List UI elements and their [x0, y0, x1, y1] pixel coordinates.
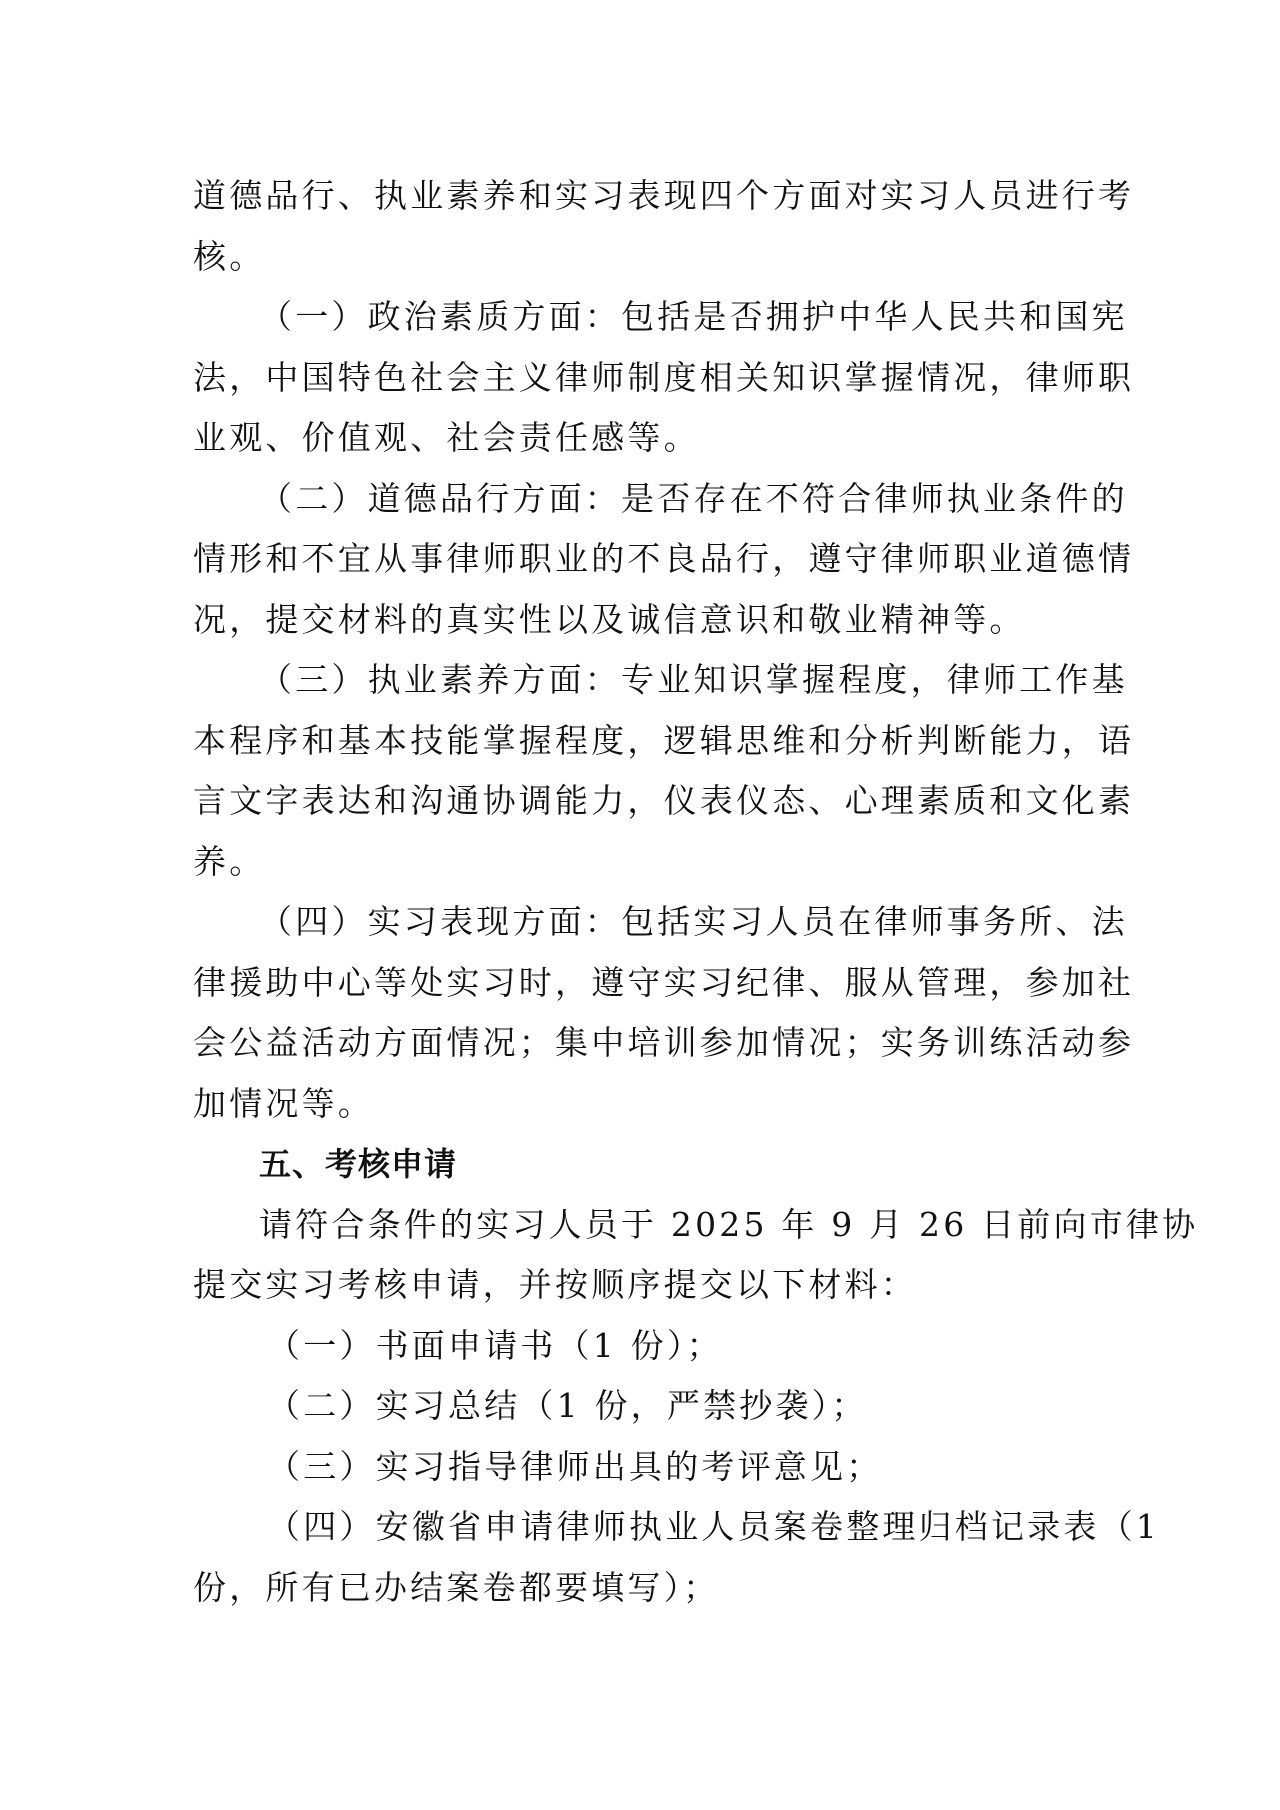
- application-instructions-line: 提交实习考核申请，并按顺序提交以下材料：: [193, 1255, 1093, 1316]
- material-item-4: （四）安徽省申请律师执业人员案卷整理归档记录表（1: [193, 1497, 1093, 1558]
- document-body: 道德品行、执业素养和实习表现四个方面对实习人员进行考 核。 （一）政治素质方面：…: [193, 166, 1093, 1618]
- section-internship-performance-line: 会公益活动方面情况；集中培训参加情况；实务训练活动参: [193, 1013, 1093, 1074]
- section-moral-conduct-line: 况，提交材料的真实性以及诚信意识和敬业精神等。: [193, 590, 1093, 651]
- section-professional-competence: （三）执业素养方面：专业知识掌握程度，律师工作基: [193, 650, 1093, 711]
- section-internship-performance-line: 加情况等。: [193, 1074, 1093, 1135]
- section-moral-conduct: （二）道德品行方面：是否存在不符合律师执业条件的: [193, 469, 1093, 530]
- paragraph-intro-line: 道德品行、执业素养和实习表现四个方面对实习人员进行考: [193, 166, 1093, 227]
- material-item-3: （三）实习指导律师出具的考评意见；: [193, 1437, 1093, 1498]
- paragraph-intro-line: 核。: [193, 227, 1093, 288]
- heading-assessment-application: 五、考核申请: [193, 1134, 1093, 1195]
- section-professional-competence-line: 本程序和基本技能掌握程度，逻辑思维和分析判断能力，语: [193, 711, 1093, 772]
- section-political-quality: （一）政治素质方面：包括是否拥护中华人民共和国宪: [193, 287, 1093, 348]
- section-moral-conduct-line: 情形和不宜从事律师职业的不良品行，遵守律师职业道德情: [193, 529, 1093, 590]
- section-political-quality-line: 业观、价值观、社会责任感等。: [193, 408, 1093, 469]
- application-instructions: 请符合条件的实习人员于 2025 年 9 月 26 日前向市律协: [193, 1195, 1093, 1256]
- material-item-1: （一）书面申请书（1 份）；: [193, 1316, 1093, 1377]
- section-internship-performance-line: 律援助中心等处实习时，遵守实习纪律、服从管理，参加社: [193, 953, 1093, 1014]
- section-professional-competence-line: 养。: [193, 832, 1093, 893]
- section-political-quality-line: 法，中国特色社会主义律师制度相关知识掌握情况，律师职: [193, 348, 1093, 409]
- section-internship-performance: （四）实习表现方面：包括实习人员在律师事务所、法: [193, 892, 1093, 953]
- material-item-2: （二）实习总结（1 份，严禁抄袭）；: [193, 1376, 1093, 1437]
- section-professional-competence-line: 言文字表达和沟通协调能力，仪表仪态、心理素质和文化素: [193, 771, 1093, 832]
- document-page: 道德品行、执业素养和实习表现四个方面对实习人员进行考 核。 （一）政治素质方面：…: [0, 0, 1280, 1810]
- material-item-4-line: 份，所有已办结案卷都要填写）；: [193, 1558, 1093, 1619]
